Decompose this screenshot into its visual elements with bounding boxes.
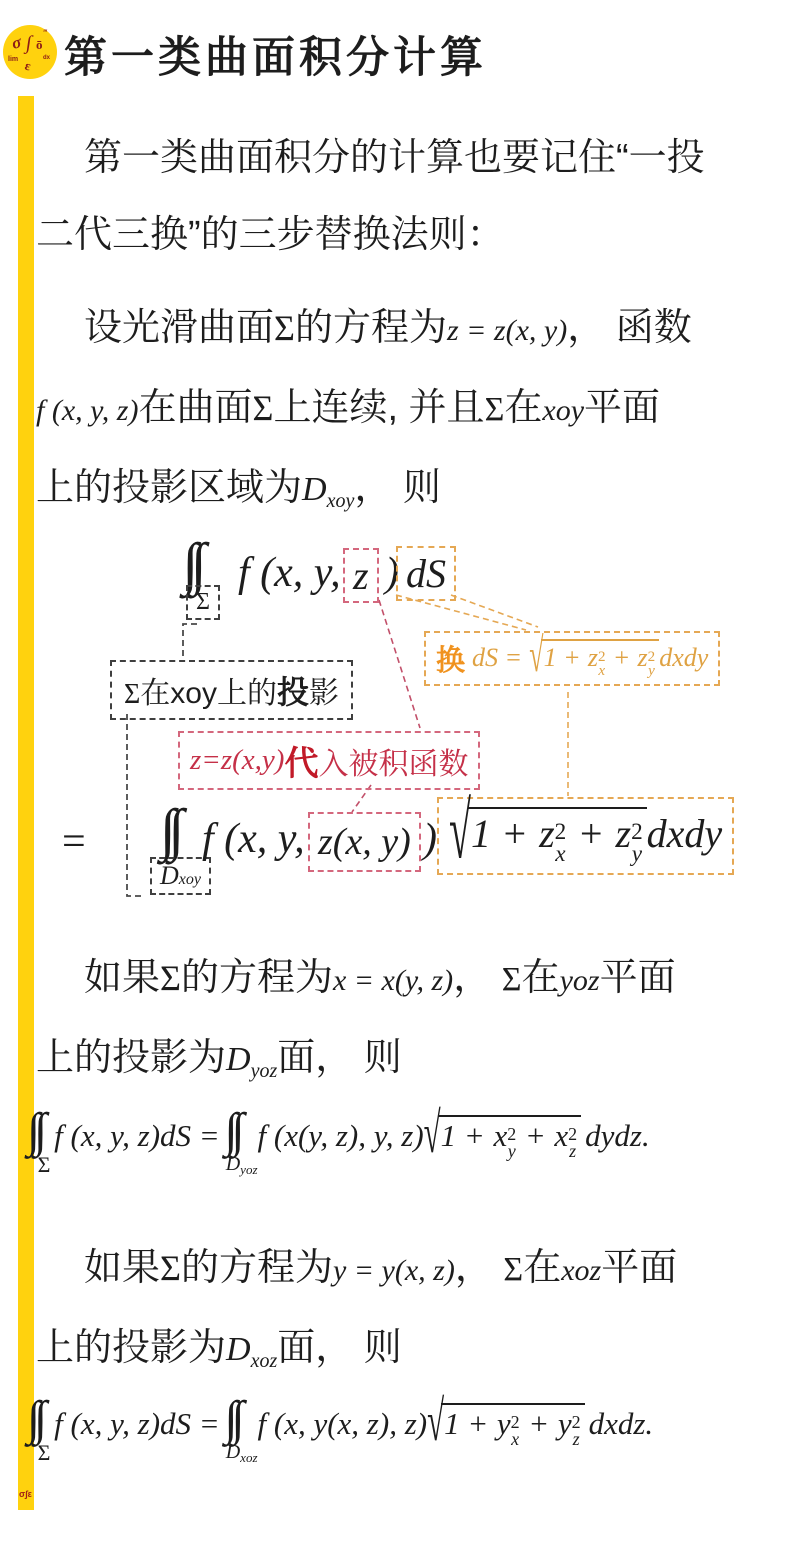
- double-integral-Dyoz: ∫∫ Dyoz: [226, 1108, 258, 1175]
- z-base: z: [616, 811, 632, 856]
- radical-glyph: √: [529, 628, 543, 684]
- radicand: 1 + x2y + x2z: [438, 1115, 581, 1160]
- region-D-sub: xoz: [251, 1350, 278, 1372]
- sigma-symbol: Σ: [160, 1248, 181, 1288]
- sup-sub: 2y: [648, 650, 656, 679]
- sup-sub: 2x: [555, 821, 567, 865]
- superscript-2: 2: [648, 650, 656, 664]
- sigma-limit: Σ: [38, 1442, 51, 1464]
- case-text: 的方程为: [181, 1247, 333, 1289]
- double-integral-glyph: ∫∫: [34, 1108, 54, 1154]
- setup-text: 上的投影区域为: [36, 467, 302, 509]
- case-text: 平面: [601, 1247, 677, 1289]
- sigma-symbol: Σ: [160, 958, 181, 998]
- sqrt-expression: √1 + x2y + x2z: [424, 1115, 581, 1160]
- zxy-box: z(x, y): [308, 812, 421, 872]
- region-D: D: [226, 1153, 240, 1175]
- case-text: 面， 则: [277, 1037, 402, 1079]
- document-page: lim σ ∫ ō ‴ dx ε 第一类曲面积分计算 第一类曲面积分的计算也要记…: [0, 0, 800, 1541]
- case-text: ，: [453, 957, 502, 999]
- region-D-sub: xoy: [327, 490, 355, 512]
- case-text: 在: [523, 1247, 561, 1289]
- case-text: 面， 则: [277, 1327, 402, 1369]
- sup-sub: 2x: [511, 1414, 520, 1448]
- superscript-2: 2: [631, 821, 643, 843]
- integrand-f: f (x, y,: [202, 815, 305, 863]
- superscript-2: 2: [598, 650, 606, 664]
- subscript-y: y: [508, 1143, 516, 1160]
- left-accent-bar: [18, 96, 34, 1510]
- case2-line-1: 如果Σ的方程为x = x(y, z)， Σ在yoz平面: [84, 946, 676, 1001]
- setup-text: ， 则: [354, 467, 441, 509]
- double-integral-sigma: ∫∫ Σ: [186, 536, 220, 620]
- dS-term: dS: [406, 550, 446, 597]
- subscript-x: x: [555, 843, 565, 865]
- subscript-x: x: [511, 1431, 519, 1448]
- double-integral-glyph: ∫∫: [232, 1396, 252, 1442]
- radical-glyph: √: [427, 1388, 444, 1455]
- radicand: 1 + z2x + z2y: [468, 807, 647, 865]
- projection-label-bold: 投: [277, 674, 309, 710]
- logo-sigma-glyph: σ: [10, 32, 23, 53]
- case-text: 在: [522, 957, 560, 999]
- radicand-text: 1 +: [441, 1118, 485, 1153]
- Dxoz-limit: Dxoz: [226, 1442, 258, 1464]
- sigma-symbol: Σ: [503, 1251, 523, 1288]
- setup-line-1: 设光滑曲面Σ的方程为z = z(x, y)， 函数: [84, 296, 692, 351]
- sigma-symbol: Σ: [485, 391, 505, 428]
- region-D: D: [226, 1441, 240, 1463]
- plus-sign: +: [577, 811, 604, 856]
- double-integral-glyph: ∫∫: [34, 1396, 54, 1442]
- setup-text: 在: [504, 387, 542, 429]
- sigma-symbol: Σ: [252, 388, 273, 428]
- plus-sign: +: [528, 1406, 549, 1441]
- sqrt-expression: √1 + z2x + z2y: [529, 639, 659, 679]
- tail-terms: dydz.: [585, 1118, 650, 1154]
- setup-text: 平面: [584, 387, 660, 429]
- equation-y: y = y(x, z): [333, 1254, 455, 1287]
- subscript-z: z: [573, 1431, 580, 1448]
- projection-label-text: 在xoy上的: [140, 677, 277, 710]
- radicand-text: 1 +: [544, 643, 581, 672]
- region-D: D: [302, 471, 327, 508]
- logo-lim-text: lim: [8, 56, 18, 63]
- setup-text: ， 函数: [567, 307, 692, 349]
- double-integral-Dxoz: ∫∫ Dxoz: [226, 1396, 258, 1463]
- case3-line-1: 如果Σ的方程为y = y(x, z)， Σ在xoz平面: [84, 1236, 677, 1291]
- sigma-limit-box: Σ: [186, 585, 220, 620]
- logo-o-glyph: ō: [36, 37, 43, 53]
- sigma-symbol: Σ: [274, 308, 295, 348]
- logo-integral-glyph: ∫: [24, 32, 33, 56]
- plane-yoz: yoz: [560, 964, 600, 997]
- dS-substitution-formula: dS = √1 + z2x + z2y dxdy: [472, 639, 708, 679]
- subscript-z: z: [569, 1143, 576, 1160]
- region-D: D: [226, 1331, 251, 1368]
- plus-sign: +: [613, 643, 631, 672]
- region-D: D: [226, 1041, 251, 1078]
- z-variable: z: [353, 552, 369, 599]
- case-text: 上的投影为: [36, 1037, 226, 1079]
- region-D-sub: yoz: [240, 1161, 257, 1176]
- tail-terms: dxdz.: [589, 1406, 654, 1442]
- setup-text: 设光滑曲面: [84, 307, 274, 349]
- double-integral-glyph: ∫∫: [232, 1108, 252, 1154]
- radical-glyph: √: [449, 784, 471, 878]
- radicand-text: 1 +: [444, 1406, 488, 1441]
- radical-glyph: √: [424, 1100, 441, 1167]
- sup-sub: 2y: [631, 821, 643, 865]
- setup-line-2: f (x, y, z)在曲面Σ上连续, 并且Σ在xoy平面: [36, 376, 660, 431]
- case-text: ，: [455, 1247, 504, 1289]
- sqrt-expression: √1 + y2x + y2z: [427, 1403, 584, 1448]
- sqrt-dxdy-box: √1 + z2x + z2y dxdy: [437, 797, 734, 875]
- region-D-sub: xoy: [179, 871, 201, 889]
- mid-terms: f (x(y, z), y, z): [258, 1118, 424, 1154]
- dS-equals: dS =: [472, 643, 522, 673]
- formula-yoz: ∫∫ Σ f (x, y, z)dS = ∫∫ Dyoz f (x(y, z),…: [34, 1108, 650, 1176]
- sup-sub: 2z: [572, 1414, 581, 1448]
- dxdy-term: dxdy: [647, 810, 723, 857]
- equals-sign: =: [62, 818, 86, 866]
- y-base: y: [497, 1406, 511, 1441]
- subscript-x: x: [598, 664, 605, 678]
- function-fxyz: f (x, y, z): [36, 394, 138, 427]
- region-D: D: [160, 861, 179, 891]
- sigma-symbol: Σ: [502, 961, 522, 998]
- sup-sub: 2z: [568, 1126, 577, 1160]
- radicand: 1 + z2x + z2y: [541, 639, 660, 679]
- subscript-y: y: [632, 843, 642, 865]
- x-base: x: [493, 1118, 507, 1153]
- setup-text: 的方程为: [295, 307, 447, 349]
- plane-xoy: xoy: [542, 394, 584, 427]
- setup-text: 在曲面: [138, 387, 252, 429]
- z-base: z: [539, 811, 555, 856]
- double-integral-sigma: ∫∫ Σ: [34, 1108, 54, 1176]
- projection-label-text: 影: [309, 677, 339, 710]
- sigma-limit: Σ: [38, 1154, 51, 1176]
- z-variable-box: z: [343, 548, 379, 603]
- region-D-sub: yoz: [251, 1060, 278, 1082]
- plane-xoz: xoz: [561, 1254, 601, 1287]
- sigma-limit: Σ: [196, 589, 210, 616]
- integrand-f: f (x, y,: [238, 549, 341, 597]
- sup-sub: 2y: [507, 1126, 516, 1160]
- case-text: 上的投影为: [36, 1327, 226, 1369]
- superscript-2: 2: [555, 821, 567, 843]
- case2-line-2: 上的投影为Dyoz面， 则: [36, 1026, 402, 1083]
- case-text: 如果: [84, 1247, 160, 1289]
- radicand: 1 + y2x + y2z: [441, 1403, 584, 1448]
- sigma-symbol: Σ: [124, 679, 140, 710]
- case-text: 的方程为: [181, 957, 333, 999]
- equation-z: z = z(x, y): [447, 314, 567, 347]
- brand-logo-icon: lim σ ∫ ō ‴ dx ε: [3, 25, 57, 79]
- footer-watermark-icon: σ∫ε: [19, 1489, 32, 1499]
- intro-line-1: 第一类曲面积分的计算也要记住“一投: [84, 126, 705, 181]
- Dyoz-limit: Dyoz: [226, 1154, 258, 1176]
- double-integral-glyph: ∫∫: [191, 536, 215, 591]
- x-base: x: [554, 1118, 568, 1153]
- subscript-y: y: [648, 664, 655, 678]
- plus-sign: +: [525, 1118, 546, 1153]
- mid-terms: f (x, y(x, z), z): [258, 1406, 428, 1442]
- substitute-z-label-box: z=z(x,y)代入被积函数: [178, 731, 480, 790]
- formula-xoz: ∫∫ Σ f (x, y, z)dS = ∫∫ Dxoz f (x, y(x, …: [34, 1396, 653, 1464]
- zxy-term: z(x, y): [318, 820, 411, 864]
- substitute-tag: 代: [284, 736, 318, 785]
- dS-box: dS: [396, 546, 456, 601]
- lhs-terms: f (x, y, z)dS =: [54, 1118, 220, 1154]
- setup-line-3: 上的投影区域为Dxoy， 则: [36, 456, 441, 513]
- sqrt-expression: √1 + z2x + z2y: [449, 807, 647, 865]
- z-equation: z=z(x,y): [190, 744, 284, 777]
- logo-dx-text: dx: [43, 55, 50, 61]
- lhs-terms: f (x, y, z)dS =: [54, 1406, 220, 1442]
- radicand-text: 1 +: [471, 811, 528, 856]
- double-integral-sigma: ∫∫ Σ: [34, 1396, 54, 1464]
- z-base: z: [588, 643, 598, 672]
- dxdy-term: dxdy: [659, 643, 708, 673]
- y-base: y: [558, 1406, 572, 1441]
- swap-tag: 换: [436, 638, 465, 679]
- intro-line-2: 二代三换”的三步替换法则：: [36, 203, 505, 258]
- equation-x: x = x(y, z): [333, 964, 453, 997]
- region-D-sub: xoz: [240, 1449, 257, 1464]
- projection-label-box: Σ在xoy上的投影: [110, 660, 353, 720]
- case-text: 平面: [600, 957, 676, 999]
- logo-marks-glyph: ‴: [44, 28, 47, 38]
- sup-sub: 2x: [598, 650, 606, 679]
- case3-line-2: 上的投影为Dxoz面， 则: [36, 1316, 402, 1373]
- z-base: z: [638, 643, 648, 672]
- case-text: 如果: [84, 957, 160, 999]
- setup-text: 上连续, 并且: [273, 387, 484, 429]
- logo-epsilon-glyph: ε: [23, 58, 32, 75]
- close-paren: ): [423, 815, 437, 863]
- substitute-label-text: 入被积函数: [318, 739, 468, 783]
- substitute-dS-label-box: 换 dS = √1 + z2x + z2y dxdy: [424, 631, 720, 686]
- page-title: 第一类曲面积分计算: [64, 24, 487, 85]
- double-integral-glyph: ∫∫: [168, 802, 192, 857]
